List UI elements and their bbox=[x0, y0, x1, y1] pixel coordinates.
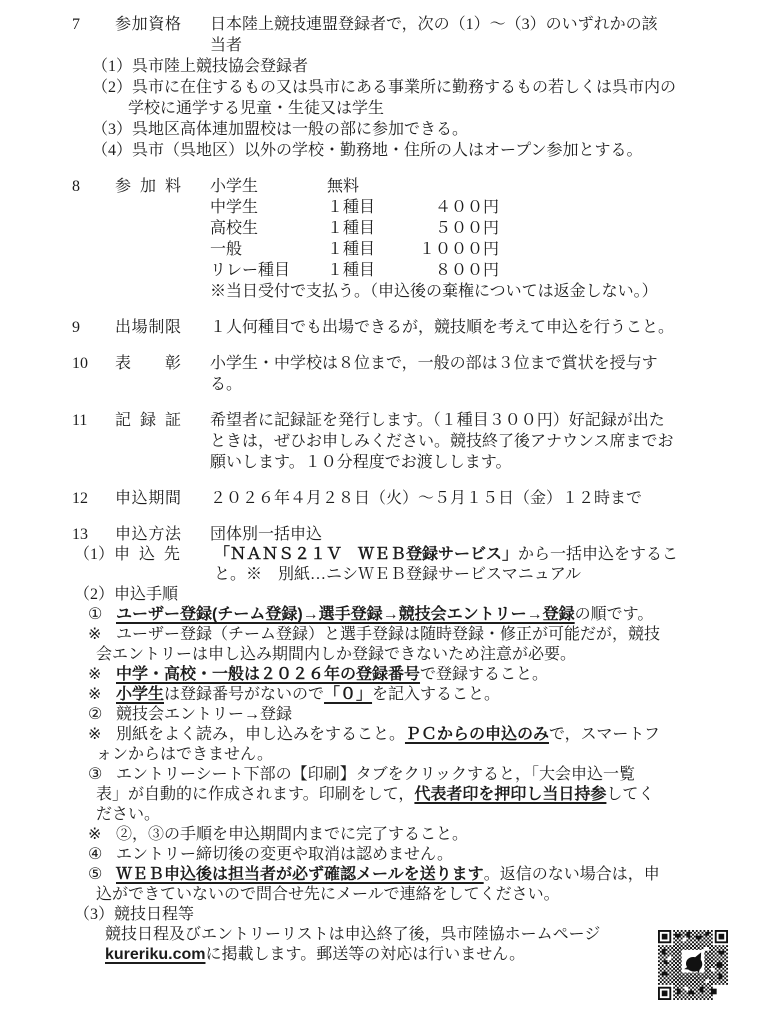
text-line: ２０２６年４月２８日（火）～５月１５日（金）１２時まで bbox=[210, 488, 743, 509]
step-item: ※②，③の手順を申込期間内までに完了すること。 bbox=[88, 825, 743, 845]
step-continuation: ださい。 bbox=[96, 805, 743, 825]
qr-code bbox=[657, 930, 729, 1000]
step-continuation: 表」が自動的に作成されます。印刷をして，代表者印を押印し当日持参してく bbox=[96, 785, 743, 805]
step-item: ②競技会エントリー→登録 bbox=[88, 705, 743, 725]
section-11-record-certificate: 11 記録証 希望者に記録証を発行します。（１種目３００円）好記録が出た ときは… bbox=[72, 410, 743, 473]
section-number: 13 bbox=[72, 524, 115, 545]
list-item: （4）呉市（呉地区）以外の学校・勤務地・住所の人はオープン参加とする。 bbox=[92, 140, 743, 161]
text-line: る。 bbox=[210, 374, 743, 395]
section-number: 7 bbox=[72, 14, 115, 56]
list-item: （2）呉市に在住するもの又は呉市にある事業所に勤務するもの若しくは呉市内の bbox=[92, 77, 743, 98]
fee-row: 高校生 １種目 ５００円 bbox=[210, 218, 743, 239]
section-label: 申込方法 bbox=[115, 524, 210, 545]
list-item: （3）呉地区高体連加盟校は一般の部に参加できる。 bbox=[92, 119, 743, 140]
step-item: ※中学・高校・一般は２０２６年の登録番号で登録すること。 bbox=[88, 665, 743, 685]
step-marker: ※ bbox=[88, 825, 109, 845]
text-line: １人何種目でも出場できるが，競技順を考えて申込を行うこと。 bbox=[210, 317, 743, 338]
section-10-awards: 10 表彰 小学生・中学校は８位まで，一般の部は３位まで賞状を授与す る。 bbox=[72, 353, 743, 395]
section-label: 出場制限 bbox=[115, 317, 210, 338]
step-item: ④エントリー締切後の変更や取消は認めません。 bbox=[88, 845, 743, 865]
text-line: kureriku.comに掲載します。郵送等の対応は行いません。 bbox=[105, 945, 743, 965]
text-line: 日本陸上競技連盟登録者で，次の（1）～（3）のいずれかの該 bbox=[210, 14, 743, 35]
step-marker: ① bbox=[88, 605, 109, 625]
section-number: 8 bbox=[72, 176, 115, 302]
section-number: 10 bbox=[72, 353, 115, 395]
fee-row: 小学生 無料 bbox=[210, 176, 743, 197]
text-line: 願いします。１０分程度でお渡しします。 bbox=[210, 452, 743, 473]
text-line: 競技日程及びエントリーリストは申込終了後，呉市陸協ホームページ bbox=[105, 925, 743, 945]
text-line: ときは，ぜひお申しみください。競技終了後アナウンス席までお bbox=[210, 431, 743, 452]
bird-icon bbox=[682, 950, 705, 973]
item-label: 申込先 bbox=[114, 545, 214, 585]
step-item: ※小学生は登録番号がないので「０」を記入すること。 bbox=[88, 685, 743, 705]
section-label: 記録証 bbox=[115, 410, 210, 473]
steps-heading: （2）申込手順 bbox=[74, 585, 743, 605]
section-13-application-method: 13 申込方法 団体別一括申込 bbox=[72, 524, 743, 545]
step-continuation: 会エントリーは申し込み期間内しか登録できないため注意が必要。 bbox=[96, 645, 743, 665]
section-8-entry-fee: 8 参加料 小学生 無料 中学生 １種目 ４００円 高校生 １種目 ５００円 一… bbox=[72, 176, 743, 302]
step-item: ※別紙をよく読み，申し込みをすること。ＰＣからの申込のみで，スマートフ bbox=[88, 725, 743, 745]
fee-row: 中学生 １種目 ４００円 bbox=[210, 197, 743, 218]
step-continuation: 込ができていないので問合せ先にメールで連絡をしてください。 bbox=[96, 885, 743, 905]
fee-row: 一般 １種目 １０００円 bbox=[210, 239, 743, 260]
step-marker: ④ bbox=[88, 845, 109, 865]
section-7-participation-eligibility: 7 参加資格 日本陸上競技連盟登録者で，次の（1）～（3）のいずれかの該 当者 bbox=[72, 14, 743, 56]
section-9-entry-limit: 9 出場制限 １人何種目でも出場できるが，競技順を考えて申込を行うこと。 bbox=[72, 317, 743, 338]
section-number: 12 bbox=[72, 488, 115, 509]
step-marker: ⑤ bbox=[88, 865, 109, 885]
step-item: ①ユーザー登録(チーム登録)→選手登録→競技会エントリー→登録の順です。 bbox=[88, 605, 743, 625]
text-line: 小学生・中学校は８位まで，一般の部は３位まで賞状を授与す bbox=[210, 353, 743, 374]
step-marker: ③ bbox=[88, 765, 109, 785]
section-number: 11 bbox=[72, 410, 115, 473]
step-marker: ※ bbox=[88, 665, 109, 685]
step-marker: ※ bbox=[88, 685, 109, 705]
list-item-continuation: 学校に通学する児童・生徒又は学生 bbox=[128, 98, 743, 119]
text-line: 当者 bbox=[210, 35, 743, 56]
fee-note: ※当日受付で支払う。（申込後の棄権については返金しない。） bbox=[210, 281, 743, 302]
section-label: 参加料 bbox=[115, 176, 210, 302]
document-page: 7 参加資格 日本陸上競技連盟登録者で，次の（1）～（3）のいずれかの該 当者 … bbox=[0, 0, 779, 1024]
list-item: （1）呉市陸上競技協会登録者 bbox=[92, 56, 743, 77]
application-method-details: （1） 申込先 「ＮＡＮＳ２１Ｖ ＷＥＢ登録サービス」から一括申込をするこ と。… bbox=[72, 545, 743, 965]
step-marker: ※ bbox=[88, 625, 109, 645]
text-line: 希望者に記録証を発行します。（１種目３００円）好記録が出た bbox=[210, 410, 743, 431]
step-marker: ② bbox=[88, 705, 109, 725]
section-number: 9 bbox=[72, 317, 115, 338]
apply-destination-row: （1） 申込先 「ＮＡＮＳ２１Ｖ ＷＥＢ登録サービス」から一括申込をするこ と。… bbox=[74, 545, 743, 585]
section-label: 参加資格 bbox=[115, 14, 210, 56]
fee-row: リレー種目 １種目 ８００円 bbox=[210, 260, 743, 281]
item-marker: （1） bbox=[74, 545, 114, 585]
text-line: と。※ 別紙…ニシＷＥＢ登録サービスマニュアル bbox=[214, 565, 743, 585]
step-marker: ※ bbox=[88, 725, 109, 745]
step-continuation: ォンからはできません。 bbox=[96, 745, 743, 765]
section-label: 表彰 bbox=[115, 353, 210, 395]
section-label: 申込期間 bbox=[115, 488, 210, 509]
schedule-heading: （3）競技日程等 bbox=[74, 905, 743, 925]
text-line: 団体別一括申込 bbox=[210, 524, 743, 545]
section-12-application-period: 12 申込期間 ２０２６年４月２８日（火）～５月１５日（金）１２時まで bbox=[72, 488, 743, 509]
text-line: 「ＮＡＮＳ２１Ｖ ＷＥＢ登録サービス」から一括申込をするこ bbox=[214, 545, 743, 565]
step-item: ③エントリーシート下部の【印刷】タブをクリックすると，「大会申込一覧 bbox=[88, 765, 743, 785]
fee-table: 小学生 無料 中学生 １種目 ４００円 高校生 １種目 ５００円 一般 １種目 … bbox=[210, 176, 743, 302]
step-item: ⑤ＷＥＢ申込後は担当者が必ず確認メールを送ります。返信のない場合は，申 bbox=[88, 865, 743, 885]
step-item: ※ユーザー登録（チーム登録）と選手登録は随時登録・修正が可能だが，競技 bbox=[88, 625, 743, 645]
